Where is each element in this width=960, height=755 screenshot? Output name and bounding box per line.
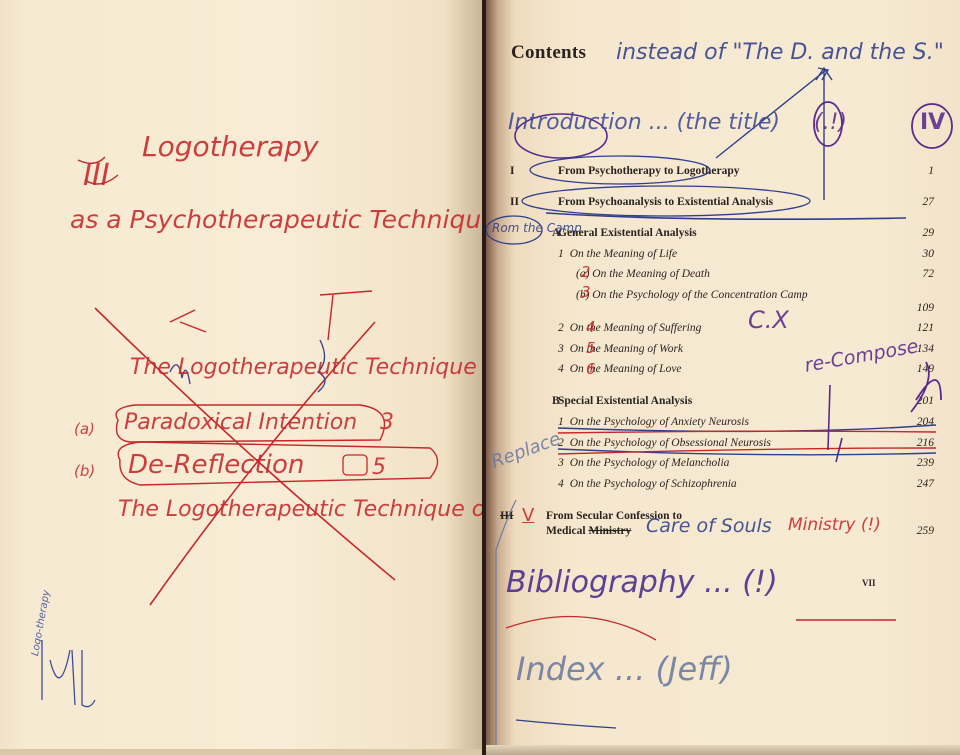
- page-title: Contents: [511, 42, 586, 64]
- handwritten-line-b-number: 3: [380, 410, 394, 435]
- entry-title: From Psychoanalysis to Existential Analy…: [558, 196, 773, 208]
- handwritten-index: Index ... (Jeff): [516, 650, 733, 688]
- handwritten-line-c: De-Reflection: [128, 450, 304, 480]
- handwritten-part-renumber: V: [522, 505, 534, 526]
- entry-title: On the Meaning of Death: [592, 268, 710, 280]
- handwritten-title-line-2: as a Psychotherapeutic Technique: [70, 205, 482, 234]
- entry-number: 1: [558, 416, 564, 428]
- entry-page: 1: [928, 165, 934, 177]
- handwritten-ministry-note: Ministry (!): [788, 515, 881, 535]
- entry-title: On the Psychology of Melancholia: [570, 457, 730, 469]
- handwritten-corner-note: Logo-therapy: [30, 589, 52, 657]
- entry-number: I: [510, 165, 514, 177]
- entry-page: 27: [923, 196, 935, 208]
- entry-page: 109: [917, 302, 934, 314]
- contents-page: Contents I From Psychotherapy to Logothe…: [486, 0, 960, 755]
- entry-title: From Psychotherapy to Logotherapy: [558, 165, 740, 177]
- entry-number: 4: [558, 478, 564, 490]
- entry-page: 216: [917, 437, 934, 449]
- entry-title: On the Psychology of Obsessional Neurosi…: [570, 437, 771, 449]
- handwritten-cx-note: C.X: [748, 306, 789, 334]
- handwritten-replacement-title: instead of "The D. and the S.": [616, 40, 944, 65]
- entry-page: 30: [923, 248, 935, 260]
- entry-page: 29: [923, 227, 935, 239]
- entry-page: 121: [917, 322, 934, 334]
- entry-title: On the Psychology of Schizophrenia: [570, 478, 737, 490]
- entry-page: 239: [917, 457, 934, 469]
- handwritten-care-of-souls: Care of Souls: [646, 515, 772, 537]
- handwritten-line-b: Paradoxical Intention: [124, 410, 357, 435]
- entry-page: 72: [923, 268, 935, 280]
- entry-title: On the Psychology of the Concentration C…: [592, 289, 807, 301]
- left-page: III Logotherapy as a Psychotherapeutic T…: [0, 0, 482, 755]
- handwritten-label-b: (b): [74, 462, 95, 480]
- handwritten-introduction: Introduction ... (the title): [508, 110, 780, 135]
- handwritten-renumber-a: 2: [581, 263, 591, 281]
- handwritten-renumber-suffering: 4: [586, 318, 596, 336]
- entry-title-cont: Medical: [546, 525, 586, 537]
- entry-page: 247: [917, 478, 934, 490]
- entry-page: 201: [917, 395, 934, 407]
- handwritten-label-a: (a): [74, 420, 95, 438]
- handwritten-part-numeral: III: [83, 158, 110, 193]
- entry-title: On the Meaning of Life: [570, 248, 677, 260]
- entry-number: 3: [558, 457, 564, 469]
- entry-title: On the Psychology of Anxiety Neurosis: [570, 416, 749, 428]
- entry-page: 149: [917, 363, 934, 375]
- entry-number: III: [500, 510, 513, 522]
- handwritten-renumber-b: 3: [581, 283, 591, 301]
- handwritten-bibliography: Bibliography ... (!): [506, 565, 778, 600]
- handwritten-title-line-1: Logotherapy: [142, 130, 319, 163]
- entry-number: II: [510, 196, 519, 208]
- handwritten-exclamation: (.!): [814, 110, 847, 135]
- handwritten-recompose-note: re-Compose: [803, 335, 920, 377]
- handwritten-line-a: The Logotherapeutic Technique of: [130, 355, 482, 380]
- handwritten-part-mark: IV: [920, 110, 945, 135]
- page-folio: VII: [862, 578, 876, 588]
- entry-number: 1: [558, 248, 564, 260]
- handwritten-line-d: The Logotherapeutic Technique of: [118, 497, 482, 522]
- entry-number: 3: [558, 343, 564, 355]
- entry-title: Special Existential Analysis: [558, 395, 692, 407]
- handwritten-margin-note-b: Replace: [489, 428, 564, 472]
- entry-page: 204: [917, 416, 934, 428]
- handwritten-line-c-number: 5: [372, 455, 386, 480]
- handwritten-renumber-love: 6: [586, 360, 596, 378]
- entry-number: 2: [558, 322, 564, 334]
- entry-page: 259: [917, 525, 934, 537]
- handwritten-renumber-work: 5: [586, 339, 596, 357]
- entry-number: 4: [558, 363, 564, 375]
- entry-title-struck: Ministry: [588, 525, 631, 537]
- handwritten-margin-note-a: Rom the Camp: [492, 221, 582, 235]
